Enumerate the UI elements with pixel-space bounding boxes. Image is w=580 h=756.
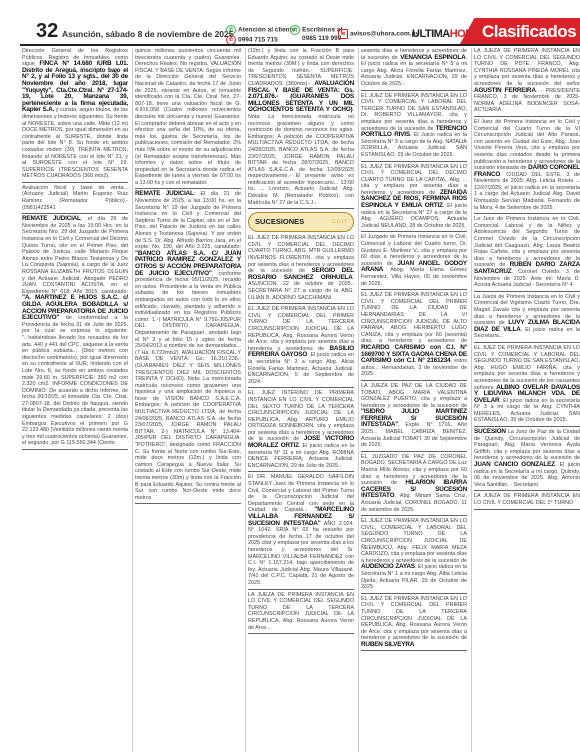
- column-4: sesenta días a herederos y acreedores de…: [358, 48, 467, 752]
- classified-ad: La Juez de Primera Instancia en lo Civil…: [474, 216, 580, 292]
- classified-ad: EL JUEZ DE PRIMERA INSTANCIA EN LO CIVIL…: [361, 292, 467, 381]
- ad-text: de conformidad a la Providencia de fecha…: [22, 315, 128, 446]
- ad-highlight: REMATE JUDICIAL: [135, 190, 194, 197]
- ad-text: LA JUEZA DE PAZ DE LA CIUDAD DE TOBATÍ, …: [361, 383, 467, 409]
- ad-text: Avaluación fiscal y base de venta... (Ac…: [22, 185, 128, 211]
- envelope-icon: ✉: [338, 29, 348, 39]
- classified-ad: REMATE JUDICIAL: El día 21 de Noviembre …: [135, 191, 241, 504]
- classified-ad: EL JUEZ DE PRIMERA INSTANCIA EN LO CIVIL…: [361, 93, 467, 162]
- column-1: Dirección General de los Registros Públi…: [20, 48, 128, 752]
- ad-text: LA JUEZA DE PRIMERA INSTANCIA EN LO CIVI…: [248, 592, 354, 631]
- ad-text: EL JUEZ DE PRIMERA INSTANCIA EN LO CIVIL…: [361, 292, 467, 344]
- classified-ad: quince millones quinientos cincuenta mil…: [135, 48, 241, 189]
- contact-label: Atención al cliente:: [238, 27, 298, 34]
- section-banner-label: SUCESIONES: [255, 219, 304, 226]
- classified-ad: LA JUEZA DE PAZ DE LA CIUDAD DE TOBATÍ, …: [361, 383, 467, 452]
- houses-icon: ⌂⌂⌂: [331, 219, 347, 226]
- classifieds-columns: Dirección General de los Registros Públi…: [20, 48, 580, 752]
- classified-ad: El DR. MANUEL GERALDO SAIFILDIN STANLEY …: [248, 474, 354, 589]
- ad-highlight: JUAN CANCIO GONZALEZ: [474, 461, 555, 468]
- classified-ad: EL JUEZ DE PRIMERA INSTANCIA EN LO CIVIL…: [248, 306, 354, 388]
- classified-ad: EL JUEZ INTERINO DE PRIMERA INSTANCIA EN…: [248, 390, 354, 472]
- ad-text: EL JUEZ DE PRIMERA INSTANCIA EN LO CIVIL…: [361, 596, 467, 642]
- brand-part-a: ULTIMA: [412, 28, 450, 40]
- header-rule: [20, 44, 580, 46]
- ad-text: LA JUEZA DE PRIMERA INSTANCIA EN LO CIVI…: [474, 493, 580, 506]
- ad-highlight: VENANCIA ESPINOLA: [400, 54, 465, 61]
- ad-text: LA JUEZA DE PRIMERA INSTANCIA EN LO CIVI…: [474, 48, 580, 87]
- ad-text: : el día 26 de Noviembre de 2025 a las 1…: [22, 216, 128, 295]
- classified-ad: (12m.) y linda con la Fracción B para Ed…: [248, 48, 354, 209]
- page-header: 32 Asunción, sábado 8 de noviembre de 20…: [0, 0, 580, 44]
- ad-highlight: FINCA N° 14.680 /URB L01. Distrito de Ar…: [22, 60, 128, 113]
- ad-highlight: REMATE JUDICIAL: [22, 215, 81, 222]
- ad-highlight: AGUSTIN FERREIRA: [474, 87, 536, 94]
- ad-text: . Nota: La mencionada matrícula no recon…: [248, 107, 354, 205]
- contact-email[interactable]: avisos@uhora.com.py: [350, 31, 419, 38]
- classified-ad: EL JUZGADO DE PAZ DE CORONEL BOGADO, SEC…: [361, 454, 467, 516]
- classified-ad: sesenta días a herederos y acreedores de…: [361, 48, 467, 91]
- whatsapp-icon: ✆: [290, 25, 300, 35]
- ad-text: y consta, según títulos, de las dimensio…: [22, 107, 128, 179]
- ad-text: quince millones quinientos cincuenta mil…: [135, 48, 241, 186]
- ad-text: , conforme providencia de fecha 05/11/20…: [135, 271, 241, 501]
- section-title: Clasificados: [482, 22, 576, 42]
- section-banner-sucesiones: SUCESIONES⌂⌂⌂: [248, 212, 354, 232]
- classified-ad: REMATE JUDICIAL: el día 26 de Noviembre …: [22, 216, 128, 450]
- ad-highlight: SUCESION: [474, 428, 506, 435]
- column-2: quince millones quinientos cincuenta mil…: [132, 48, 241, 752]
- whatsapp-icon: ✆: [226, 25, 236, 35]
- ad-text: . CIUDAD DEL ESTE, 3 de Noviembre de 202…: [474, 172, 580, 211]
- classified-ad: El Juzgado de Primera Instancia en lo Ci…: [361, 234, 467, 290]
- ad-highlight: RUBEN SILVEYRA: [361, 641, 414, 648]
- column-5: LA JUEZA DE PRIMERA INSTANCIA EN LO CIVI…: [471, 48, 580, 752]
- ad-text: EL JUEZ DE PRIMERA INSTANCIA EN LO CIVIL…: [361, 518, 467, 564]
- classified-ad: LA JUEZA DE PRIMERA INSTANCIA EN LO CIVI…: [248, 592, 354, 635]
- classified-ad: EL JUEZ DE PRIMERA INSTANCIA EN LO CIVIL…: [248, 235, 354, 304]
- ad-text: : El día 21 de Noviembre de 2025, a las …: [135, 191, 241, 250]
- classified-ad: EL JUEZ DE PRIMERA INSTANCIA EN LO CIVIL…: [361, 596, 467, 652]
- classified-ad: LA JUEZA DE PRIMERA INSTANCIA EN LO CIVI…: [474, 493, 580, 509]
- contact-phone[interactable]: 0994 715 715: [238, 37, 278, 44]
- classified-ad: La Jueza de Primera Instancia en lo Civi…: [474, 294, 580, 343]
- contact-phone[interactable]: 0985 119 999: [302, 35, 341, 42]
- ad-highlight: AUDENCIO ZAYAS: [361, 563, 415, 570]
- contact-label: Escribinos al: [302, 27, 342, 34]
- email-contact: ✉avisos@uhora.com.py: [338, 29, 419, 39]
- classified-ad: EL JUEZ DE PRIMERA INSTANCIA EN LO CIVIL…: [474, 345, 580, 427]
- classified-ad: EL JUEZ DE PRIMERA INSTANCIA EN LO CIVIL…: [361, 164, 467, 233]
- classified-ad: SUCESION La Juez de Paz de la Ciudad de …: [474, 429, 580, 491]
- publication-date: Asunción, sábado 8 de noviembre de 2025: [62, 29, 233, 39]
- ad-text: AÑO 2.024, N° 1042. SRIA N° 02 ha resuel…: [248, 521, 354, 586]
- page-number: 32: [36, 20, 58, 43]
- classified-ad: Dirección General de los Registros Públi…: [22, 48, 128, 183]
- classified-ad: EL JUEZ DE PRIMERA INSTANCIA EN LO CIVIL…: [361, 518, 467, 594]
- whatsapp-contact: ✆Escribinos al 0985 119 999: [290, 25, 342, 43]
- column-3: (12m.) y linda con la Fracción B para Ed…: [245, 48, 354, 752]
- classified-ad: Avaluación fiscal y base de venta... (Ac…: [22, 185, 128, 214]
- customer-service-contact: ✆Atención al cliente: ✆0994 715 715: [226, 25, 298, 45]
- classified-ad: LA JUEZA DE PRIMERA INSTANCIA EN LO CIVI…: [474, 48, 580, 117]
- classified-ad: El Juez de Primera Instancia en lo Civil…: [474, 119, 580, 214]
